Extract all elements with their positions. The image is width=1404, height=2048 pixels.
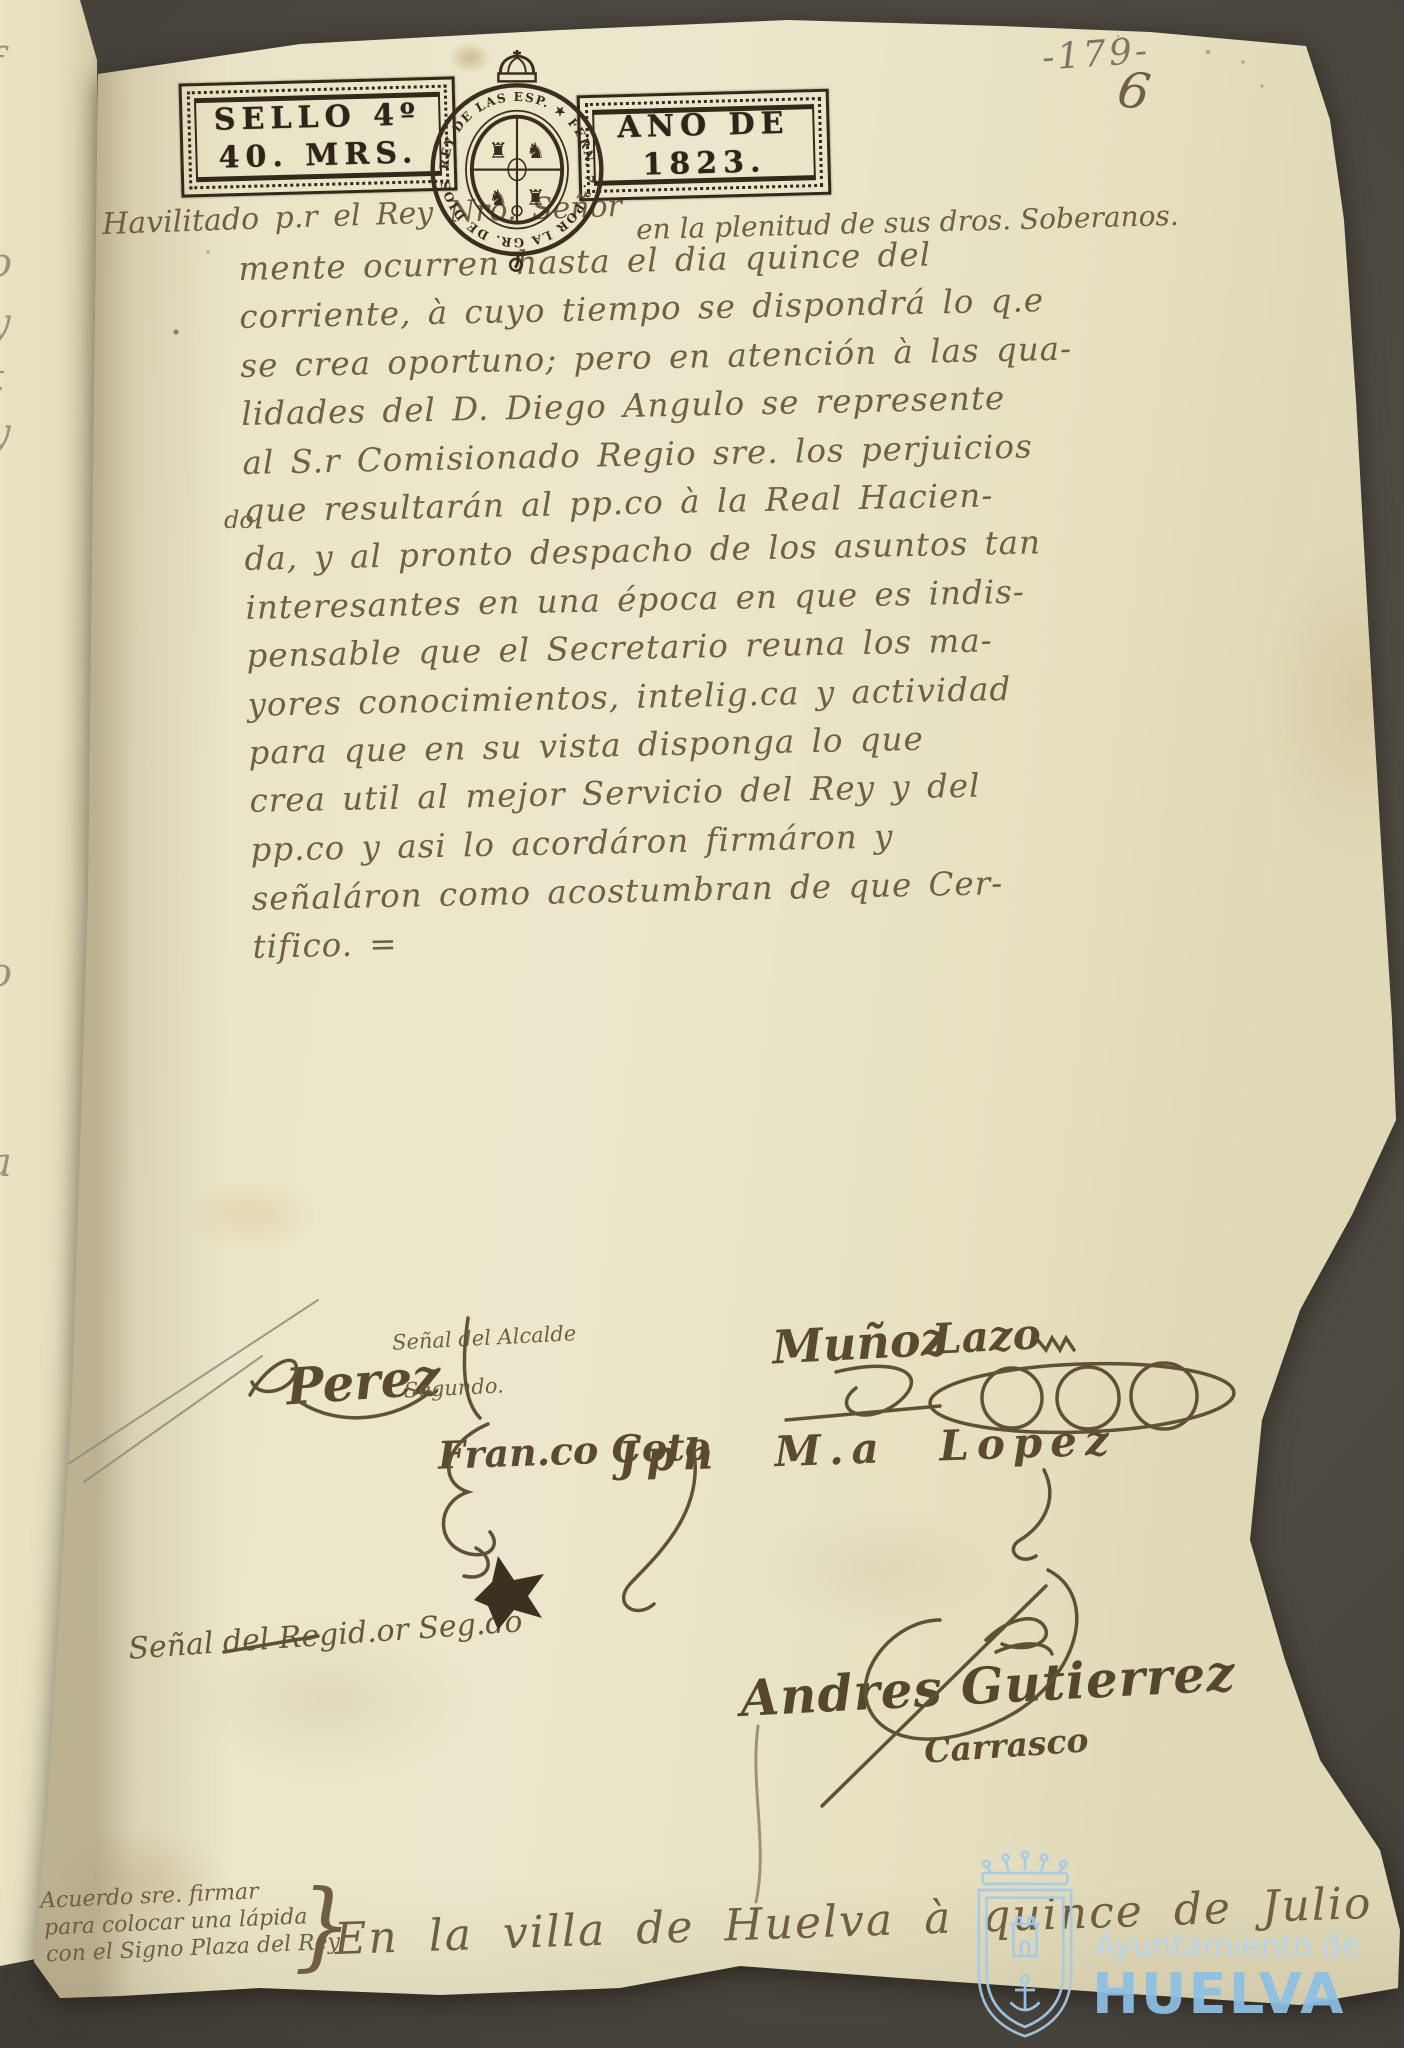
manuscript-line: lidades del D. Diego Angulo se represent… — [241, 379, 1006, 433]
signature-lazo: Lazo — [931, 1309, 1042, 1364]
seal-castle-icon: ♜ — [489, 139, 508, 164]
seal-lion-icon: ♞ — [526, 139, 545, 164]
manuscript-line: se crea oportuno; pero en atención à las… — [240, 330, 1072, 385]
watermark-title: HUELVA — [1092, 1962, 1345, 2027]
seal-castle-icon: ♜ — [526, 186, 545, 211]
archive-watermark: Ayuntamiento de HUELVA — [940, 1850, 1400, 2048]
alcalde-note-line1: Señal del Alcalde — [391, 1321, 576, 1355]
document-page: -179- 6 SELLO 4º 40. MRS. AÑO DE 1823. — [0, 0, 1404, 2048]
manuscript-body: mente ocurren hasta el dia quince del co… — [238, 233, 1083, 990]
seal-lion-icon: ♞ — [489, 186, 508, 211]
stamp-ornament-band: AÑO DE 1823. — [585, 97, 823, 193]
stamp-year-line: 1823. — [642, 144, 767, 183]
manuscript-line: al S.r Comisionado Regio sre. los perjui… — [242, 427, 1033, 482]
watermark-label: Ayuntamiento de — [1095, 1928, 1360, 1964]
manuscript-line: interesantes en una época en que es indi… — [245, 573, 1025, 627]
manuscript-line: pp.co y asi lo acordáron firmáron y — [250, 817, 894, 868]
signature-carrasco: Carrasco — [923, 1720, 1090, 1770]
manuscript-line: tifico. = — [252, 925, 398, 966]
regidor-note: Señal del Regid.or Seg.do — [127, 1604, 523, 1666]
stamp-sello-line: SELLO 4º — [213, 97, 421, 138]
manuscript-line: yores conocimientos, intelig.ca y activi… — [247, 670, 1011, 724]
stamp-mrs-line: 40. MRS. — [218, 135, 419, 176]
manuscript-line: corriente, à cuyo tiempo se dispondrá lo… — [239, 281, 1044, 336]
stamp-ano-line: AÑO DE — [617, 106, 790, 146]
manuscript-line: crea util al mejor Servicio del Rey y de… — [249, 767, 981, 820]
royal-seal-icon: REY DE LAS ESP. ★ FERN. 7.º POR LA GR. D… — [414, 48, 620, 283]
page-shadow: -179- 6 SELLO 4º 40. MRS. AÑO DE 1823. — [0, 0, 1404, 2048]
manuscript-line: señaláron como acostumbran de que Cer- — [251, 864, 1003, 918]
signature-munoz: Muñoz — [771, 1311, 948, 1374]
manuscript-line: pensable que el Secretario reuna los ma- — [246, 621, 993, 675]
huelva-coat-of-arms-icon — [940, 1850, 1110, 2048]
stamp-ornament-band: SELLO 4º 40. MRS. — [187, 85, 449, 190]
signature-gutierrez: Andres Gutierrez — [739, 1643, 1237, 1728]
interline-insertion-mark: do — [224, 506, 254, 534]
manuscript-line: para que en su vista disponga lo que — [248, 720, 924, 772]
photo-backdrop: f o y t y o l a -179- 6 SELLO 4º 40. MRS… — [0, 0, 1404, 2048]
alcalde-note-line2: Segundo. — [403, 1373, 504, 1402]
manuscript-line: que resultarán al pp.co à la Real Hacien… — [243, 476, 994, 530]
manuscript-line: da, y al pronto despacho de los asuntos … — [244, 523, 1041, 578]
